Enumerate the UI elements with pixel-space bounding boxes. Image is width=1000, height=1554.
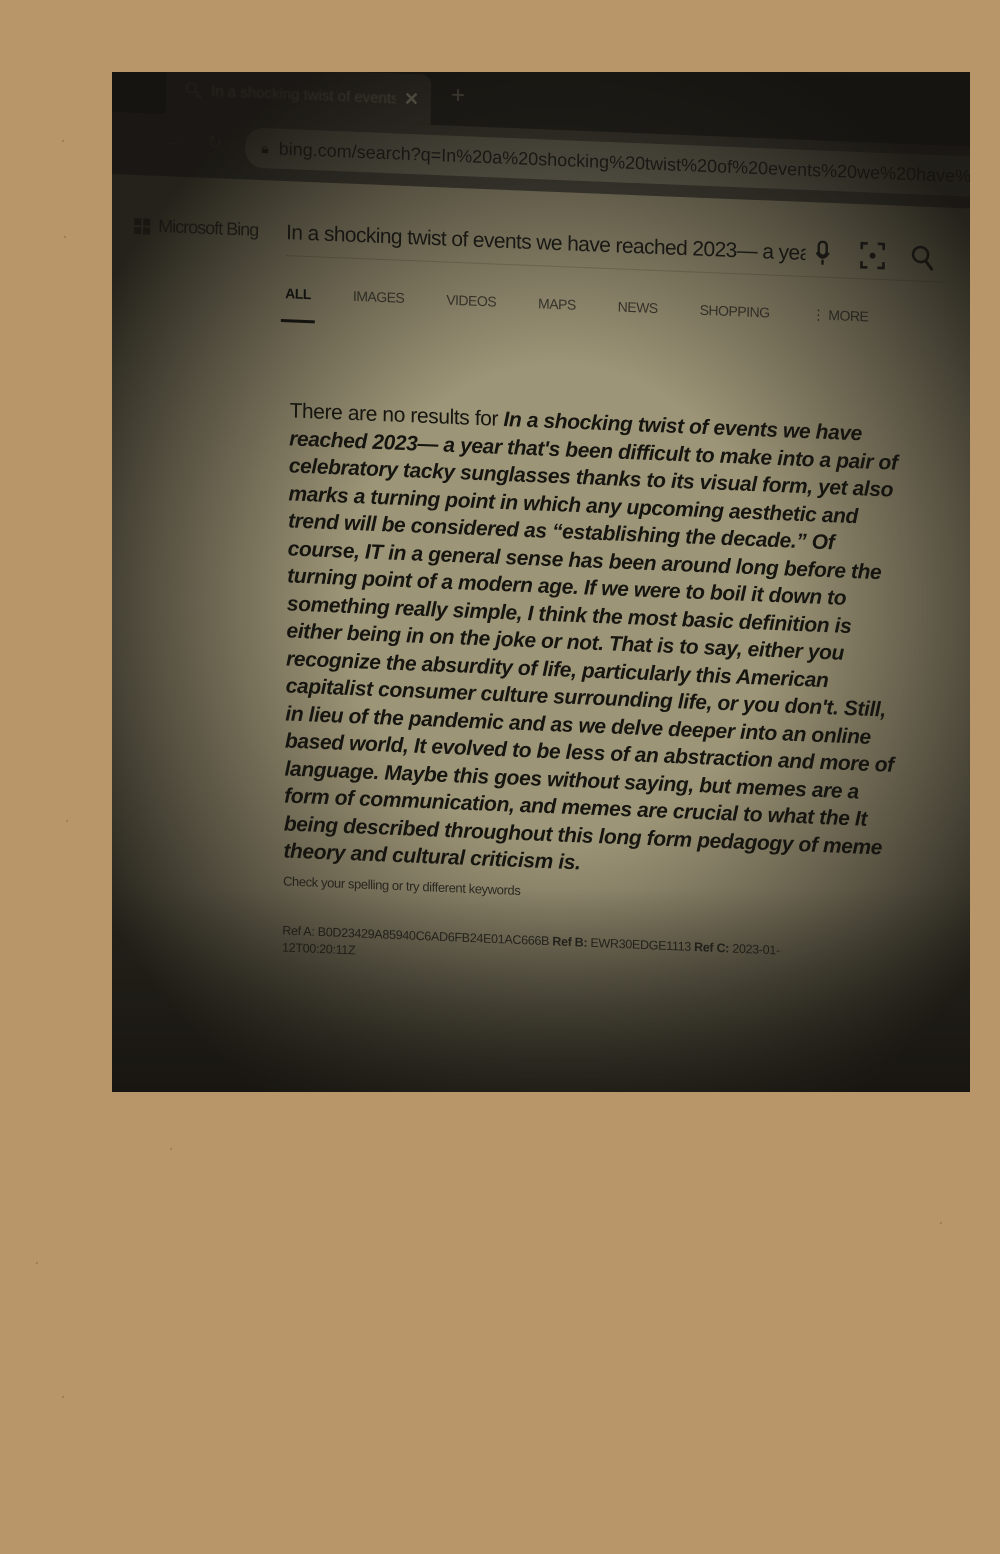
lock-icon: 🔒︎ [261, 140, 269, 157]
bing-results-page: Microsoft Bing In a shocking twist of ev… [112, 173, 970, 1092]
microsoft-logo-icon [134, 217, 150, 234]
browser-window: 🔍︎ In a shocking twist of events w ✕ + ←… [112, 72, 970, 1092]
search-input[interactable]: In a shocking twist of events we have re… [286, 211, 946, 282]
search-icon: 🔍︎ [184, 81, 203, 100]
search-icon[interactable] [909, 242, 935, 273]
search-query-text: In a shocking twist of events we have re… [286, 221, 806, 266]
brand-name: Microsoft Bing [158, 216, 258, 241]
photographed-screen: 🔍︎ In a shocking twist of events w ✕ + ←… [112, 72, 970, 1092]
paper-speck [66, 820, 68, 822]
reference-ids: Ref A: B0D23429A85940C6AD6FB24E01AC666B … [282, 922, 842, 978]
tab-news[interactable]: NEWS [617, 298, 657, 329]
tab-more[interactable]: ⋮ MORE [811, 306, 868, 337]
ref-c-label: Ref C: [694, 940, 729, 955]
paper-speck [170, 1148, 172, 1150]
tab-all[interactable]: ALL [285, 285, 311, 315]
tab-title: In a shocking twist of events w [211, 82, 396, 106]
no-results-query: In a shocking twist of events we have re… [283, 408, 897, 874]
ref-b-value: EWR30EDGE1113 [590, 935, 691, 953]
url-text: bing.com/search?q=In%20a%20shocking%20tw… [279, 138, 970, 189]
paper-speck [62, 140, 64, 142]
paper-speck [940, 1222, 942, 1224]
tab-maps[interactable]: MAPS [538, 295, 576, 326]
close-icon[interactable]: ✕ [404, 88, 419, 110]
results-area: There are no results for In a shocking t… [282, 397, 909, 981]
bing-brand[interactable]: Microsoft Bing [134, 215, 258, 241]
no-results-prefix: There are no results for [289, 399, 503, 431]
paper-speck [36, 1262, 38, 1264]
tab-more-label: MORE [828, 307, 868, 325]
paper-speck [64, 236, 66, 238]
paper-speck [62, 1396, 64, 1398]
tab-images[interactable]: IMAGES [353, 288, 405, 319]
reload-icon[interactable]: ↻ [207, 132, 222, 154]
microphone-icon[interactable] [809, 238, 835, 269]
ref-b-label: Ref B: [552, 934, 587, 949]
ref-a-label: Ref A: [282, 923, 314, 938]
plus-icon[interactable]: + [451, 82, 465, 111]
back-arrow-icon[interactable]: ← [165, 130, 183, 152]
no-results-message: There are no results for In a shocking t… [283, 397, 909, 889]
tab-shopping[interactable]: SHOPPING [699, 302, 769, 334]
search-verticals: ALL IMAGES VIDEOS MAPS NEWS SHOPPING ⋮ M… [285, 285, 869, 337]
visual-search-icon[interactable] [859, 240, 885, 271]
more-dots-icon: ⋮ [811, 306, 828, 323]
tab-videos[interactable]: VIDEOS [446, 292, 496, 323]
